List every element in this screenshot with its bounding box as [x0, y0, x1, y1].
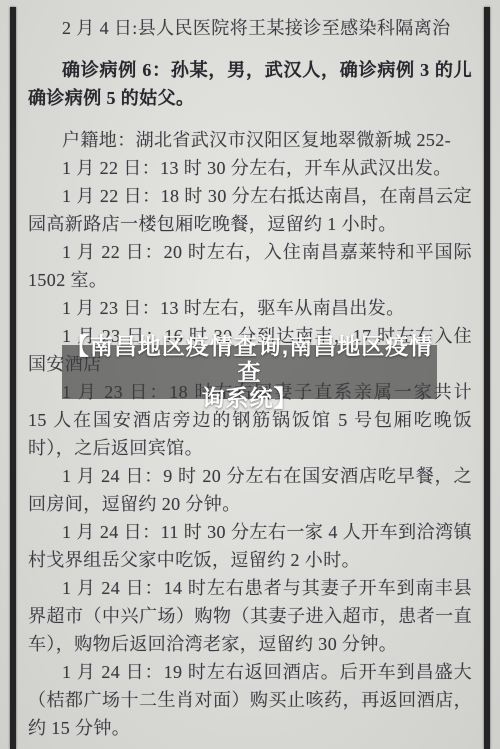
document-line: （桔都广场十二生肖对面）购买止咳药，再返回酒店，逗留: [28, 686, 472, 714]
watermark-banner-line2: 询系统】: [62, 385, 437, 411]
document-line: 确诊病例 6：孙某，男，武汉人，确诊病例 3 的儿子，: [28, 56, 472, 84]
paragraph-gap: [28, 42, 472, 56]
document-line: 村戈界组岳父家中吃饭，逗留约 2 小时。: [28, 546, 472, 574]
document-line: 1 月 24 日：14 时左右患者与其妻子开车到南丰县新世: [28, 574, 472, 602]
document-line: 车），购物后返回洽湾老家，逗留约 30 分钟。: [28, 630, 472, 658]
document-line: 1 月 22 日：18 时 30 分左右抵达南昌，在南昌云定生态: [28, 182, 472, 210]
document-line: 1 月 22 日：13 时 30 分左右，开车从武汉出发。: [28, 154, 472, 182]
document-line: 界超市（中兴广场）购物（其妻子进入超市，患者一直未下: [28, 602, 472, 630]
document-line: 约 15 分钟。: [28, 714, 472, 742]
paragraph-gap: [28, 112, 472, 126]
scanned-document-photo: 2 月 4 日:县人民医院将王某接诊至感染科隔离治疗。确诊病例 6：孙某，男，武…: [0, 0, 500, 749]
document-line: 回房间，逗留约 20 分钟。: [28, 490, 472, 518]
document-line: 1502 室。: [28, 266, 472, 294]
document-line: 时），之后返回宾馆。: [28, 434, 472, 462]
document-line: 1 月 22 日：20 时左右，入住南昌嘉莱特和平国际酒店: [28, 238, 472, 266]
document-line: 1 月 24 日：11 时 30 分左右一家 4 人开车到洽湾镇浆坑: [28, 518, 472, 546]
document-line: 确诊病例 5 的姑父。: [28, 84, 472, 112]
document-line: 户籍地：湖北省武汉市汉阳区复地翠微新城 252-1601。: [28, 126, 472, 154]
watermark-banner-line1: 【南昌地区疫情查询,南昌地区疫情查: [62, 333, 437, 385]
document-line: 2 月 4 日:县人民医院将王某接诊至感染科隔离治疗。: [28, 14, 472, 42]
document-line: 1 月 24 日：19 时左右返回酒店。后开车到昌盛大药房: [28, 658, 472, 686]
document-line: 1 月 24 日：9 时 20 分左右在国安酒店吃早餐，之后返: [28, 462, 472, 490]
document-line: 1 月 23 日：13 时左右，驱车从南昌出发。: [28, 294, 472, 322]
watermark-banner: 【南昌地区疫情查询,南昌地区疫情查 询系统】: [62, 345, 437, 399]
photo-frame-right-bar: [484, 7, 490, 749]
document-line: 园高新路店一楼包厢吃晚餐，逗留约 1 小时。: [28, 210, 472, 238]
photo-frame-left-bar: [10, 7, 16, 749]
